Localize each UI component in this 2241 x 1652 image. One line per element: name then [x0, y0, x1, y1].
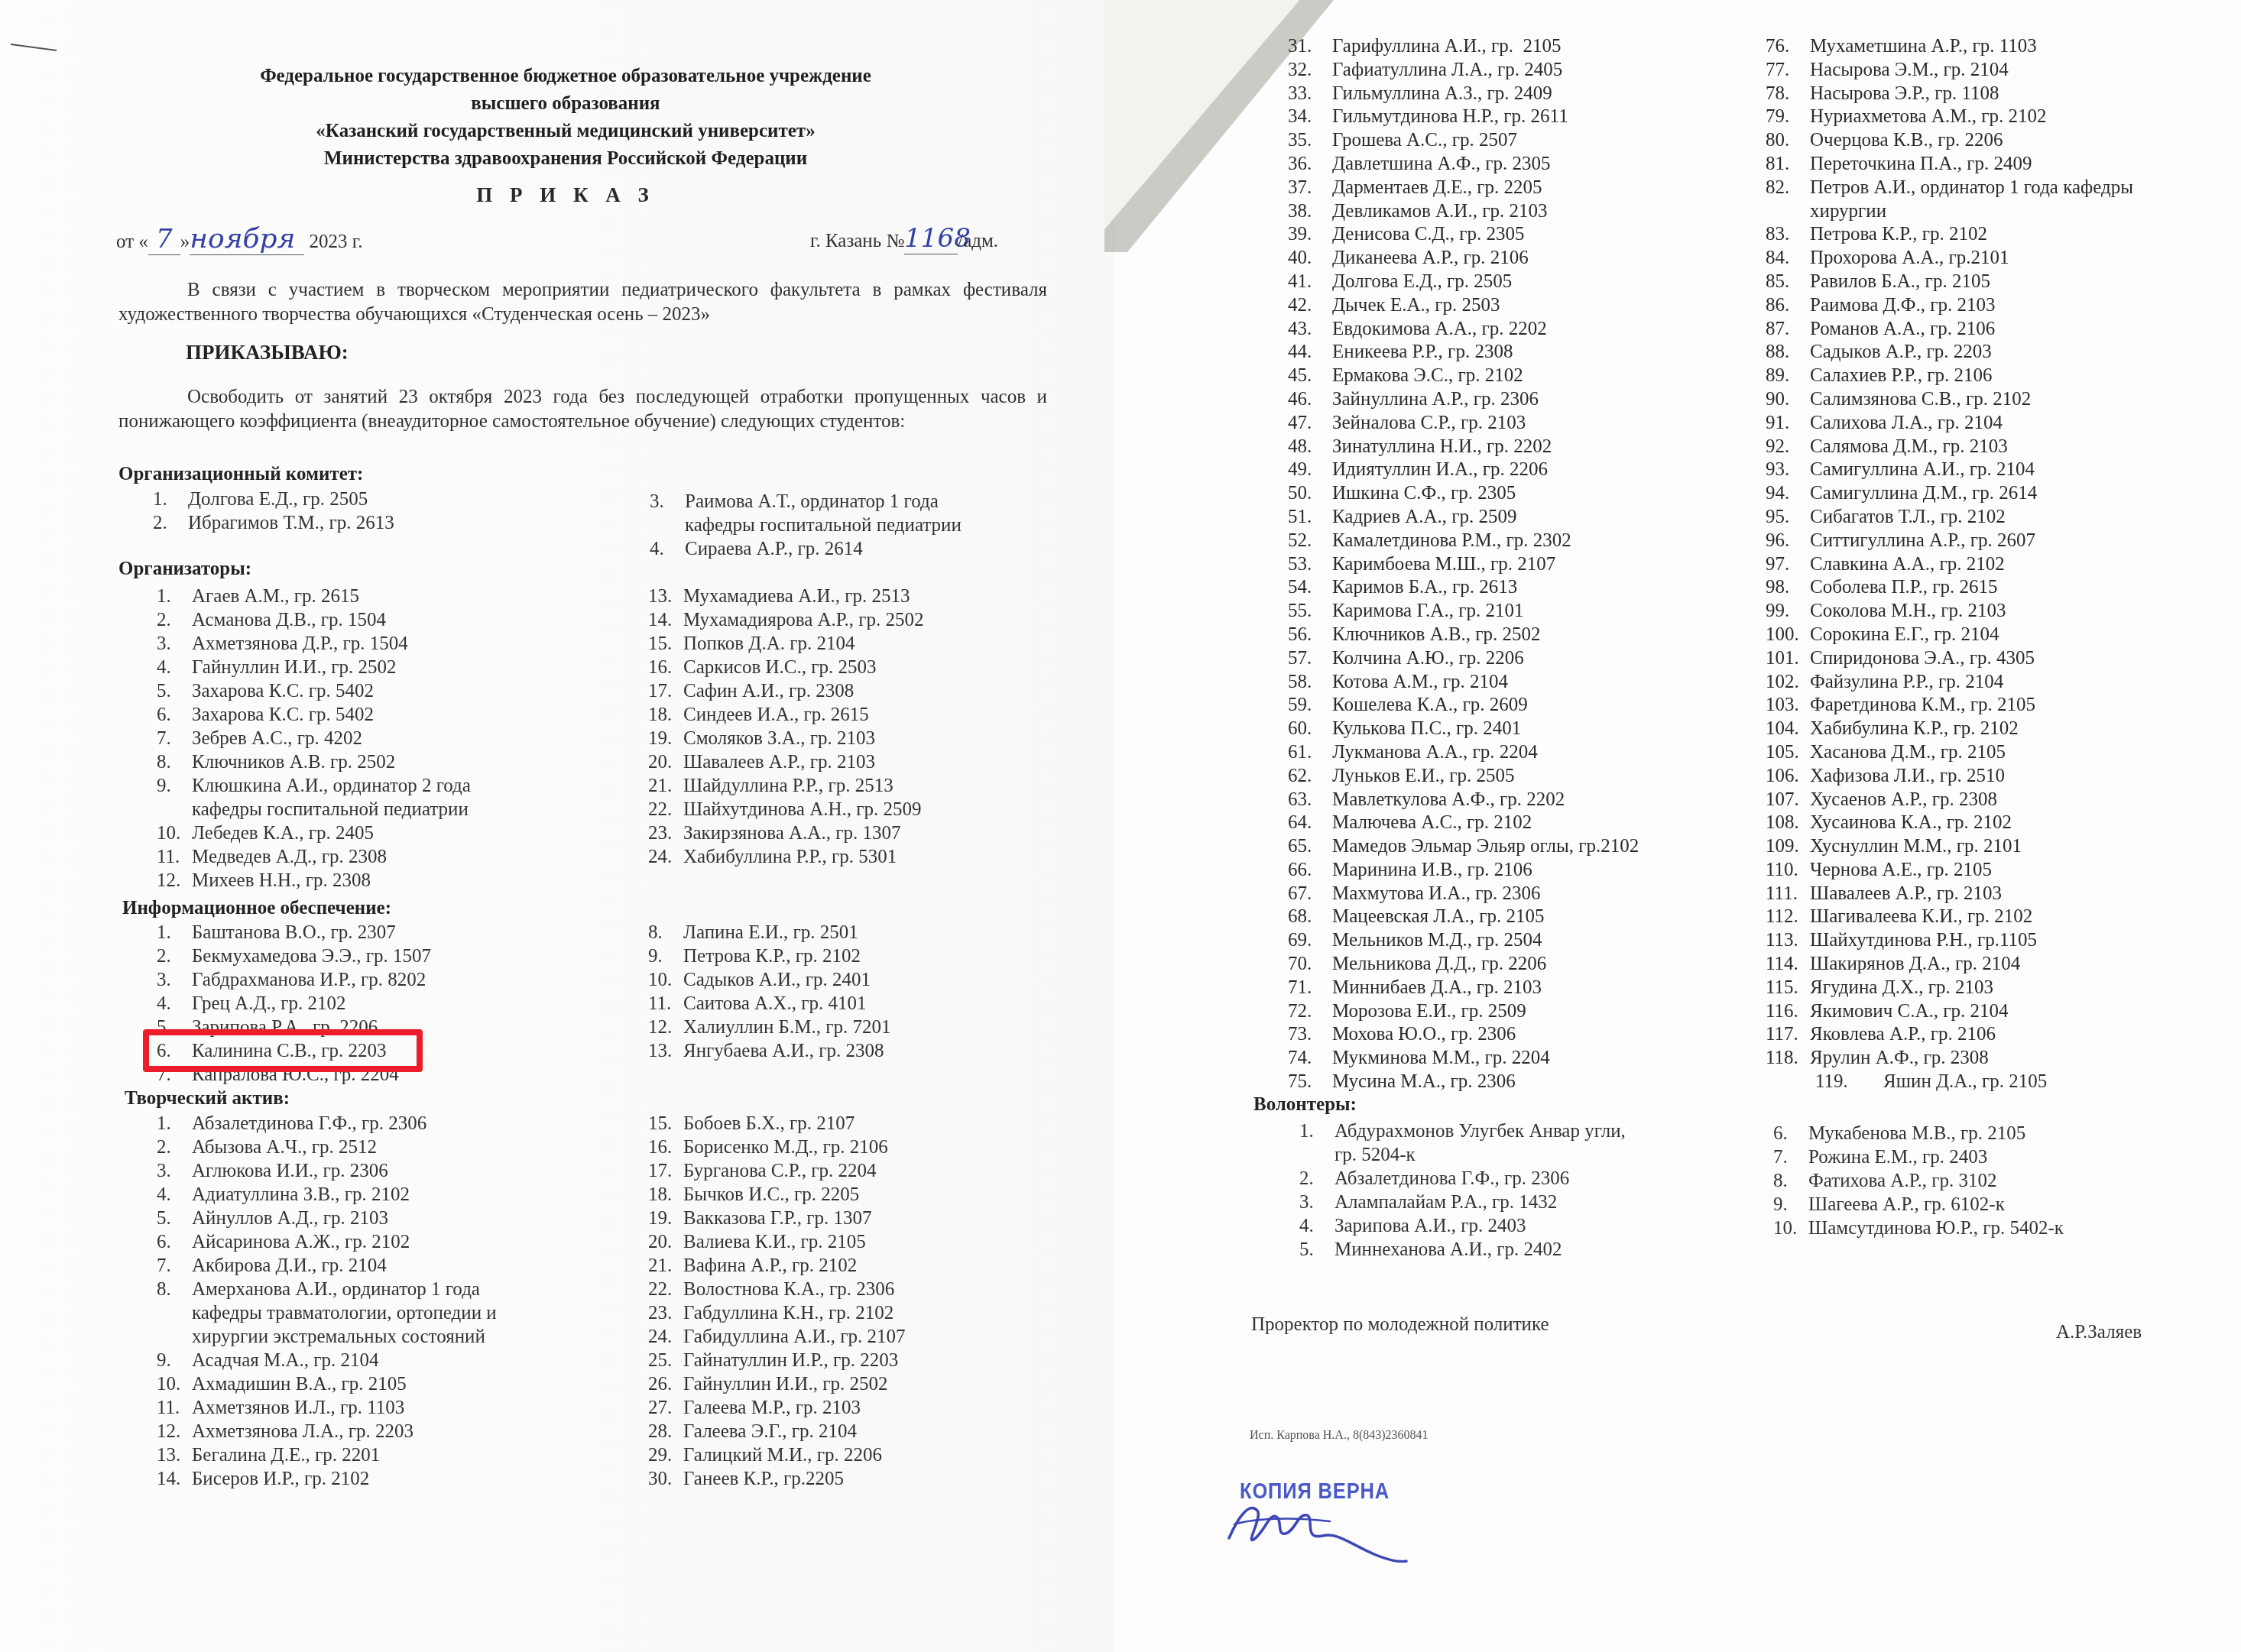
list-item: 1.Долгова Е.Д., гр. 2505: [153, 488, 394, 511]
list-item: 99.Соколова М.Н., гр. 2103: [1766, 600, 2133, 624]
list-item: 53.Каримбоева М.Ш., гр. 2107: [1288, 553, 1639, 577]
item-text: Насырова Э.М., гр. 2104: [1810, 59, 2009, 83]
list-item: 107.Хусаенов А.Р., гр. 2308: [1766, 789, 2133, 812]
item-text: Файзулина Р.Р., гр. 2104: [1810, 671, 2003, 695]
item-number: 85.: [1766, 270, 1810, 294]
list-item: 9.Петрова К.Р., гр. 2102: [648, 944, 890, 968]
item-number: 41.: [1288, 270, 1332, 294]
list-item: 82.Петров А.И., ординатор 1 года кафедры…: [1766, 177, 2133, 224]
list-item: 3.Габдрахманова И.Р., гр. 8202: [157, 968, 431, 992]
item-text: Хуснуллин М.М., гр. 2101: [1810, 835, 2022, 859]
item-text: Очерцова К.В., гр. 2206: [1810, 129, 2003, 153]
item-number: 114.: [1766, 953, 1810, 977]
item-number: 10.: [157, 1372, 192, 1396]
volunteers-col2: 6.Мукабенова М.В., гр. 21057.Рожина Е.М.…: [1773, 1122, 2064, 1240]
item-number: 28.: [648, 1420, 683, 1443]
list-item: 11.Ахметзянов И.Л., гр. 1103: [157, 1396, 497, 1420]
list-item: 43.Евдокимова А.А., гр. 2202: [1288, 318, 1639, 342]
item-number: 79.: [1766, 105, 1810, 129]
item-number: 5.: [157, 1207, 192, 1230]
item-number: 60.: [1288, 717, 1332, 741]
item-text: Шагивалеева К.И., гр. 2102: [1810, 905, 2032, 929]
item-text: Янгубаева А.И., гр. 2308: [683, 1039, 884, 1063]
item-text: Идиятуллин И.А., гр. 2206: [1332, 458, 1548, 482]
item-text: Баштанова В.О., гр. 2307: [192, 921, 396, 944]
list-item: 2.Абзалетдинова Г.Ф., гр. 2306: [1299, 1167, 1626, 1190]
item-text: Саркисов И.С., гр. 2503: [683, 656, 876, 679]
item-text: Переточкина П.А., гр. 2409: [1810, 153, 2032, 177]
list-item: 55.Каримова Г.А., гр. 2101: [1288, 600, 1639, 624]
item-number: 15.: [648, 1112, 683, 1135]
item-number: 17.: [648, 679, 683, 703]
item-text: Смоляков З.А., гр. 2103: [683, 727, 875, 750]
item-number: 1.: [157, 1112, 192, 1135]
list-item: 48.Зинатуллина Н.И., гр. 2202: [1288, 436, 1639, 459]
item-text: Малючева А.С., гр. 2102: [1332, 811, 1532, 835]
item-text: Ахметзянов И.Л., гр. 1103: [192, 1396, 404, 1420]
section-volunteers: Волонтеры:: [1253, 1094, 1357, 1116]
item-text: Миннеханова А.И., гр. 2402: [1335, 1238, 1562, 1262]
order-word: ПРИКАЗЫВАЮ:: [186, 341, 349, 364]
list-item: 46.Зайнуллина А.Р., гр. 2306: [1288, 388, 1639, 412]
list-item: 47.Зейналова С.Р., гр. 2103: [1288, 412, 1639, 436]
item-text: Раимова А.Т., ординатор 1 года кафедры г…: [685, 490, 962, 537]
list-item: 3.Ахметзянова Д.Р., гр. 1504: [157, 632, 471, 656]
item-number: 57.: [1288, 647, 1332, 671]
list-item: 115.Ягудина Д.Х., гр. 2103: [1766, 977, 2133, 1000]
creative-col4: 76.Мухаметшина А.Р., гр. 110377.Насырова…: [1766, 35, 2133, 1071]
item-text: Шамсутдинова Ю.Р., гр. 5402-к: [1808, 1216, 2064, 1240]
list-item: 10.Лебедев К.А., гр. 2405: [157, 821, 471, 845]
item-text: Валиева К.И., гр. 2105: [683, 1230, 866, 1254]
list-item: 85.Равилов Б.А., гр. 2105: [1766, 270, 2133, 294]
list-item: 6.Мукабенова М.В., гр. 2105: [1773, 1122, 2064, 1145]
list-item: 22.Шайхутдинова А.Н., гр. 2509: [648, 798, 924, 821]
item-number: 26.: [648, 1372, 683, 1396]
item-number: 23.: [648, 821, 683, 845]
item-text: Дарментаев Д.Е., гр. 2205: [1332, 177, 1542, 200]
item-text: Мухамадиярова А.Р., гр. 2502: [683, 608, 924, 632]
item-text: Вафина А.Р., гр. 2102: [683, 1254, 857, 1278]
item-number: 112.: [1766, 905, 1810, 929]
list-item: 20.Шавалеев А.Р., гр. 2103: [648, 750, 924, 774]
item-number: 55.: [1288, 600, 1332, 624]
item-text: Михеев Н.Н., гр. 2308: [192, 869, 371, 892]
list-item: 3.Аглюкова И.И., гр. 2306: [157, 1159, 497, 1183]
item-number: 97.: [1766, 553, 1810, 577]
item-text: Зинатуллина Н.И., гр. 2202: [1332, 436, 1552, 459]
item-number: 4.: [157, 656, 192, 679]
item-text: Яковлева А.Р., гр. 2106: [1810, 1023, 1996, 1047]
item-text: Ягудина Д.Х., гр. 2103: [1810, 977, 1993, 1000]
item-text: Миннибаев Д.А., гр. 2103: [1332, 977, 1542, 1000]
item-text: Асадчая М.А., гр. 2104: [192, 1349, 379, 1372]
header-line-2: высшего образования: [122, 90, 1009, 118]
list-item: 92.Салямова Д.М., гр. 2103: [1766, 436, 2133, 459]
list-item: 49.Идиятуллин И.А., гр. 2206: [1288, 458, 1639, 482]
item-number: 14.: [157, 1467, 192, 1491]
item-text: Медведев А.Д., гр. 2308: [192, 845, 387, 869]
item-text: Лебедев К.А., гр. 2405: [192, 821, 374, 845]
item-number: 20.: [648, 1230, 683, 1254]
list-item: 114.Шакирянов Д.А., гр. 2104: [1766, 953, 2133, 977]
item-number: 8.: [1773, 1169, 1808, 1193]
list-item: 1.Агаев А.М., гр. 2615: [157, 585, 471, 608]
item-number: 67.: [1288, 883, 1332, 906]
list-item: 2.Ибрагимов Т.М., гр. 2613: [153, 511, 394, 535]
item-number: 11.: [157, 845, 192, 869]
item-text: Бурганова С.Р., гр. 2204: [683, 1159, 877, 1183]
item-number: 47.: [1288, 412, 1332, 436]
item-text: Хусаенов А.Р., гр. 2308: [1810, 789, 1997, 812]
list-item: 35.Грошева А.С., гр. 2507: [1288, 129, 1639, 153]
item-text: Мукминова М.М., гр. 2204: [1332, 1047, 1550, 1071]
item-text: Сафин А.И., гр. 2308: [683, 679, 854, 703]
item-text: Дычек Е.А., гр. 2503: [1332, 294, 1500, 318]
item-number: 95.: [1766, 506, 1810, 530]
creative-last-item: 119. Яшин Д.А., гр. 2105: [1815, 1071, 2047, 1093]
item-text: Абызова А.Ч., гр. 2512: [192, 1135, 377, 1159]
item-text: Бобоев Б.Х., гр. 2107: [683, 1112, 855, 1135]
list-item: 109.Хуснуллин М.М., гр. 2101: [1766, 835, 2133, 859]
item-number: 4.: [1299, 1214, 1335, 1238]
item-text: Грец А.Д., гр. 2102: [192, 992, 345, 1015]
item-number: 59.: [1288, 694, 1332, 717]
list-item: 7.Акбирова Д.И., гр. 2104: [157, 1254, 497, 1278]
intro-paragraph: В связи с участием в творческом мероприя…: [118, 278, 1047, 327]
item-number: 102.: [1766, 671, 1810, 695]
list-item: 4.Грец А.Д., гр. 2102: [157, 992, 431, 1015]
item-text: Нуриахметова А.М., гр. 2102: [1810, 105, 2046, 129]
item-text: Ермакова Э.С., гр. 2102: [1332, 364, 1523, 388]
item-text: Бегалина Д.Е., гр. 2201: [192, 1443, 380, 1467]
item-number: 107.: [1766, 789, 1810, 812]
item-text: Ахмадишин В.А., гр. 2105: [192, 1372, 407, 1396]
item-text: Мухаметшина А.Р., гр. 1103: [1810, 35, 2037, 59]
item-number: 62.: [1288, 765, 1332, 789]
list-item: 91.Салихова Л.А., гр. 2104: [1766, 412, 2133, 436]
item-text: Зебрев А.С., гр. 4202: [192, 727, 362, 750]
item-text: Романов А.А., гр. 2106: [1810, 318, 1995, 342]
item-text: Фатихова А.Р., гр. 3102: [1808, 1169, 1996, 1193]
item-text: Самигуллина А.И., гр. 2104: [1810, 458, 2035, 482]
list-item: 40.Диканеева А.Р., гр. 2106: [1288, 247, 1639, 270]
item-number: 3.: [157, 632, 192, 656]
item-text: Хусаинова К.А., гр. 2102: [1810, 811, 2012, 835]
item-number: 46.: [1288, 388, 1332, 412]
list-item: 5.Миннеханова А.И., гр. 2402: [1299, 1238, 1626, 1262]
item-number: 43.: [1288, 318, 1332, 342]
item-number: 117.: [1766, 1023, 1810, 1047]
list-item: 80.Очерцова К.В., гр. 2206: [1766, 129, 2133, 153]
list-item: 19.Вакказова Г.Р., гр. 1307: [648, 1207, 906, 1230]
item-text: Самигуллина Д.М., гр. 2614: [1810, 482, 2037, 506]
item-number: 7.: [157, 727, 192, 750]
item-text: Лукманова А.А., гр. 2204: [1332, 741, 1538, 765]
item-text: Шавалеев А.Р., гр. 2103: [683, 750, 875, 774]
item-text: Каримбоева М.Ш., гр. 2107: [1332, 553, 1555, 577]
signature-position: Проректор по молодежной политике: [1251, 1314, 1549, 1336]
item-text: Зейналова С.Р., гр. 2103: [1332, 412, 1526, 436]
item-number: 16.: [648, 1135, 683, 1159]
item-text: Гафиатуллина Л.А., гр. 2405: [1332, 59, 1562, 83]
list-item: 81.Переточкина П.А., гр. 2409: [1766, 153, 2133, 177]
list-item: 11.Медведев А.Д., гр. 2308: [157, 845, 471, 869]
item-number: 4.: [157, 992, 192, 1015]
item-number: 54.: [1288, 576, 1332, 600]
item-number: 109.: [1766, 835, 1810, 859]
list-item: 44.Еникеева Р.Р., гр. 2308: [1288, 341, 1639, 364]
item-number: 3.: [157, 1159, 192, 1183]
list-item: 105.Хасанова Д.М., гр. 2105: [1766, 741, 2133, 765]
header-line-3: «Казанский государственный медицинский у…: [122, 118, 1009, 145]
item-number: 108.: [1766, 811, 1810, 835]
item-text: Галицкий М.И., гр. 2206: [683, 1443, 882, 1467]
item-number: 11.: [157, 1396, 192, 1420]
list-item: 90.Салимзянова С.В., гр. 2102: [1766, 388, 2133, 412]
list-item: 73.Мохова Ю.О., гр. 2306: [1288, 1023, 1639, 1047]
list-item: 10.Ахмадишин В.А., гр. 2105: [157, 1372, 497, 1396]
list-item: 4.Сираева А.Р., гр. 2614: [650, 537, 962, 561]
item-text: Саитова А.Х., гр. 4101: [683, 992, 866, 1015]
item-number: 8.: [648, 921, 683, 944]
item-text: Айнуллов А.Д., гр. 2103: [192, 1207, 388, 1230]
list-item: 67.Махмутова И.А., гр. 2306: [1288, 883, 1639, 906]
item-number: 9.: [157, 1349, 192, 1372]
item-number: 77.: [1766, 59, 1810, 83]
body-paragraph: Освободить от занятий 23 октября 2023 го…: [118, 385, 1047, 434]
item-text: Сибагатов Т.Л., гр. 2102: [1810, 506, 2006, 530]
list-item: 66.Маринина И.В., гр. 2106: [1288, 859, 1639, 883]
item-number: 2.: [157, 944, 192, 968]
creative-col2: 15.Бобоев Б.Х., гр. 210716.Борисенко М.Д…: [648, 1112, 906, 1491]
item-number: 53.: [1288, 553, 1332, 577]
handwritten-number: 1168: [904, 223, 958, 254]
list-item: 60.Кулькова П.С., гр. 2401: [1288, 717, 1639, 741]
item-text: Ярулин А.Ф., гр. 2308: [1810, 1047, 1989, 1071]
list-item: 24.Хабибуллина Р.Р., гр. 5301: [648, 845, 924, 869]
item-number: 18.: [648, 703, 683, 727]
item-number: 115.: [1766, 977, 1810, 1000]
list-item: 38.Девликамов А.И., гр. 2103: [1288, 200, 1639, 224]
item-number: 1.: [153, 488, 188, 511]
item-number: 1.: [157, 921, 192, 944]
item-text: Халиуллин Б.М., гр. 7201: [683, 1015, 890, 1039]
section-info: Информационное обеспечение:: [122, 898, 391, 919]
list-item: 86.Раимова Д.Ф., гр. 2103: [1766, 294, 2133, 318]
list-item: 5.Айнуллов А.Д., гр. 2103: [157, 1207, 497, 1230]
list-item: 104.Хабибулина К.Р., гр. 2102: [1766, 717, 2133, 741]
item-number: 70.: [1288, 953, 1332, 977]
volunteers-col1: 1.Абдурахмонов Улугбек Анвар угли, гр. 5…: [1299, 1119, 1626, 1262]
item-text: Галеева Э.Г., гр. 2104: [683, 1420, 857, 1443]
pen-mark-icon: [9, 42, 58, 53]
list-item: 2.Абызова А.Ч., гр. 2512: [157, 1135, 497, 1159]
list-item: 77.Насырова Э.М., гр. 2104: [1766, 59, 2133, 83]
item-text: Ключников А.В., гр. 2502: [1332, 624, 1541, 647]
item-text: Гайнуллин И.И., гр. 2502: [683, 1372, 887, 1396]
list-item: 52.Камалетдинова Р.М., гр. 2302: [1288, 530, 1639, 553]
item-text: Ситтигуллина А.Р., гр. 2607: [1810, 530, 2035, 553]
signature-scribble-icon: [1223, 1471, 1452, 1563]
list-item: 14.Мухамадиярова А.Р., гр. 2502: [648, 608, 924, 632]
item-text: Габдрахманова И.Р., гр. 8202: [192, 968, 426, 992]
list-item: 15.Бобоев Б.Х., гр. 2107: [648, 1112, 906, 1135]
list-item: 75.Мусина М.А., гр. 2306: [1288, 1071, 1639, 1094]
section-organizers: Организаторы:: [118, 559, 251, 580]
list-item: 6.Захарова К.С. гр. 5402: [157, 703, 471, 727]
executor-note: Исп. Карпова Н.А., 8(843)2360841: [1250, 1429, 1429, 1443]
item-text: Асманова Д.В., гр. 1504: [192, 608, 386, 632]
item-number: 1.: [157, 585, 192, 608]
list-item: 17.Бурганова С.Р., гр. 2204: [648, 1159, 906, 1183]
item-text: Петрова К.Р., гр. 2102: [683, 944, 861, 968]
item-number: 94.: [1766, 482, 1810, 506]
item-number: 3.: [157, 968, 192, 992]
item-number: 11.: [648, 992, 683, 1015]
list-item: 8.Ключников А.В. гр. 2502: [157, 750, 471, 774]
info-col2: 8.Лапина Е.И., гр. 25019.Петрова К.Р., г…: [648, 921, 890, 1063]
item-number: 4.: [157, 1183, 192, 1207]
item-number: 81.: [1766, 153, 1810, 177]
list-item: 10.Шамсутдинова Ю.Р., гр. 5402-к: [1773, 1216, 2064, 1240]
item-text: Якимович С.А., гр. 2104: [1810, 1000, 2009, 1024]
list-item: 102.Файзулина Р.Р., гр. 2104: [1766, 671, 2133, 695]
list-item: 65.Мамедов Эльмар Эльяр оглы, гр.2102: [1288, 835, 1639, 859]
list-item: 1.Баштанова В.О., гр. 2307: [157, 921, 431, 944]
item-number: 24.: [648, 845, 683, 869]
list-item: 21.Вафина А.Р., гр. 2102: [648, 1254, 906, 1278]
item-number: 2.: [153, 511, 188, 535]
list-item: 70.Мельникова Д.Д., гр. 2206: [1288, 953, 1639, 977]
item-number: 93.: [1766, 458, 1810, 482]
item-text: Равилов Б.А., гр. 2105: [1810, 270, 1990, 294]
item-text: Алампалайам Р.А., гр. 1432: [1335, 1190, 1557, 1214]
list-item: 9.Клюшкина А.И., ординатор 2 года кафедр…: [157, 774, 471, 821]
item-text: Кадриев А.А., гр. 2509: [1332, 506, 1517, 530]
list-item: 2.Бекмухамедова Э.Э., гр. 1507: [157, 944, 431, 968]
item-number: 80.: [1766, 129, 1810, 153]
list-item: 30.Ганеев К.Р., гр.2205: [648, 1467, 906, 1491]
item-text: Мохова Ю.О., гр. 2306: [1332, 1023, 1516, 1047]
item-number: 103.: [1766, 694, 1810, 717]
item-text: Долгова Е.Д., гр. 2505: [1332, 270, 1512, 294]
item-number: 37.: [1288, 177, 1332, 200]
item-number: 105.: [1766, 741, 1810, 765]
item-text: Гарифуллина А.И., гр. 2105: [1332, 35, 1561, 59]
handwritten-day: 7: [148, 224, 180, 255]
header-line-1: Федеральное государственное бюджетное об…: [122, 63, 1009, 90]
list-item: 50.Ишкина С.Ф., гр. 2305: [1288, 482, 1639, 506]
list-item: 108.Хусаинова К.А., гр. 2102: [1766, 811, 2133, 835]
item-text: Еникеева Р.Р., гр. 2308: [1332, 341, 1513, 364]
item-number: 6.: [157, 703, 192, 727]
list-item: 5.Захарова К.С. гр. 5402: [157, 679, 471, 703]
item-number: 101.: [1766, 647, 1810, 671]
item-number: 16.: [648, 656, 683, 679]
list-item: 106.Хафизова Л.И., гр. 2510: [1766, 765, 2133, 789]
item-number: 12.: [648, 1015, 683, 1039]
list-item: 26.Гайнуллин И.И., гр. 2502: [648, 1372, 906, 1396]
list-item: 39.Денисова С.Д., гр. 2305: [1288, 223, 1639, 247]
item-number: 66.: [1288, 859, 1332, 883]
item-number: 17.: [648, 1159, 683, 1183]
item-number: 111.: [1766, 883, 1810, 906]
item-number: 23.: [648, 1301, 683, 1325]
list-item: 98.Соболева П.Р., гр. 2615: [1766, 576, 2133, 600]
item-number: 90.: [1766, 388, 1810, 412]
item-number: 3.: [650, 490, 685, 537]
item-text: Денисова С.Д., гр. 2305: [1332, 223, 1525, 247]
item-text: Зарипова А.И., гр. 2403: [1335, 1214, 1526, 1238]
list-item: 13.Бегалина Д.Е., гр. 2201: [157, 1443, 497, 1467]
item-number: 96.: [1766, 530, 1810, 553]
item-text: Мукабенова М.В., гр. 2105: [1808, 1122, 2025, 1145]
item-number: 8.: [157, 750, 192, 774]
item-number: 58.: [1288, 671, 1332, 695]
item-text: Агаев А.М., гр. 2615: [192, 585, 359, 608]
list-item: 18.Бычков И.С., гр. 2205: [648, 1183, 906, 1207]
item-text: Салахиев Р.Р., гр. 2106: [1810, 364, 1992, 388]
list-item: 76.Мухаметшина А.Р., гр. 1103: [1766, 35, 2133, 59]
page-left: Федеральное государственное бюджетное об…: [0, 0, 1114, 1652]
list-item: 16.Борисенко М.Д., гр. 2106: [648, 1135, 906, 1159]
item-number: 52.: [1288, 530, 1332, 553]
highlight-box: [143, 1029, 423, 1072]
list-item: 8.Амерханова А.И., ординатор 1 года кафе…: [157, 1278, 497, 1349]
list-item: 100.Сорокина Е.Г., гр. 2104: [1766, 624, 2133, 647]
item-text: Габдуллина К.Н., гр. 2102: [683, 1301, 893, 1325]
item-text: Хафизова Л.И., гр. 2510: [1810, 765, 2005, 789]
item-number: 113.: [1766, 929, 1810, 953]
list-item: 8.Фатихова А.Р., гр. 3102: [1773, 1169, 2064, 1193]
item-text: Захарова К.С. гр. 5402: [192, 679, 374, 703]
item-text: Хабибулина К.Р., гр. 2102: [1810, 717, 2019, 741]
item-text: Закирзянова А.А., гр. 1307: [683, 821, 900, 845]
item-text: Кулькова П.С., гр. 2401: [1332, 717, 1521, 741]
item-number: 33.: [1288, 83, 1332, 106]
list-item: 19.Смоляков З.А., гр. 2103: [648, 727, 924, 750]
item-text: Габидуллина А.И., гр. 2107: [683, 1325, 906, 1349]
item-text: Ишкина С.Ф., гр. 2305: [1332, 482, 1516, 506]
item-text: Бекмухамедова Э.Э., гр. 1507: [192, 944, 431, 968]
item-number: 72.: [1288, 1000, 1332, 1024]
item-number: 4.: [650, 537, 685, 561]
list-item: 111.Шавалеев А.Р., гр. 2103: [1766, 883, 2133, 906]
list-item: 36.Давлетшина А.Ф., гр. 2305: [1288, 153, 1639, 177]
list-item: 93.Самигуллина А.И., гр. 2104: [1766, 458, 2133, 482]
item-number: 99.: [1766, 600, 1810, 624]
item-number: 1.: [1299, 1119, 1335, 1167]
item-number: 9.: [1773, 1193, 1808, 1216]
item-number: 6.: [1773, 1122, 1808, 1145]
item-number: 64.: [1288, 811, 1332, 835]
list-item: 110.Чернова А.Е., гр. 2105: [1766, 859, 2133, 883]
item-number: 21.: [648, 1254, 683, 1278]
list-item: 68.Мацеевская Л.А., гр. 2105: [1288, 905, 1639, 929]
list-item: 69.Мельников М.Д., гр. 2504: [1288, 929, 1639, 953]
item-text: Спиридонова Э.А., гр. 4305: [1810, 647, 2035, 671]
item-number: 12.: [157, 869, 192, 892]
list-item: 97.Славкина А.А., гр. 2102: [1766, 553, 2133, 577]
list-item: 59.Кошелева К.А., гр. 2609: [1288, 694, 1639, 717]
item-number: 56.: [1288, 624, 1332, 647]
list-item: 87.Романов А.А., гр. 2106: [1766, 318, 2133, 342]
item-text: Шайхутдинова А.Н., гр. 2509: [683, 798, 922, 821]
organizers-col2: 13.Мухамадиева А.И., гр. 251314.Мухамади…: [648, 585, 924, 869]
item-number: 110.: [1766, 859, 1810, 883]
list-item: 1.Абдурахмонов Улугбек Анвар угли, гр. 5…: [1299, 1119, 1626, 1167]
